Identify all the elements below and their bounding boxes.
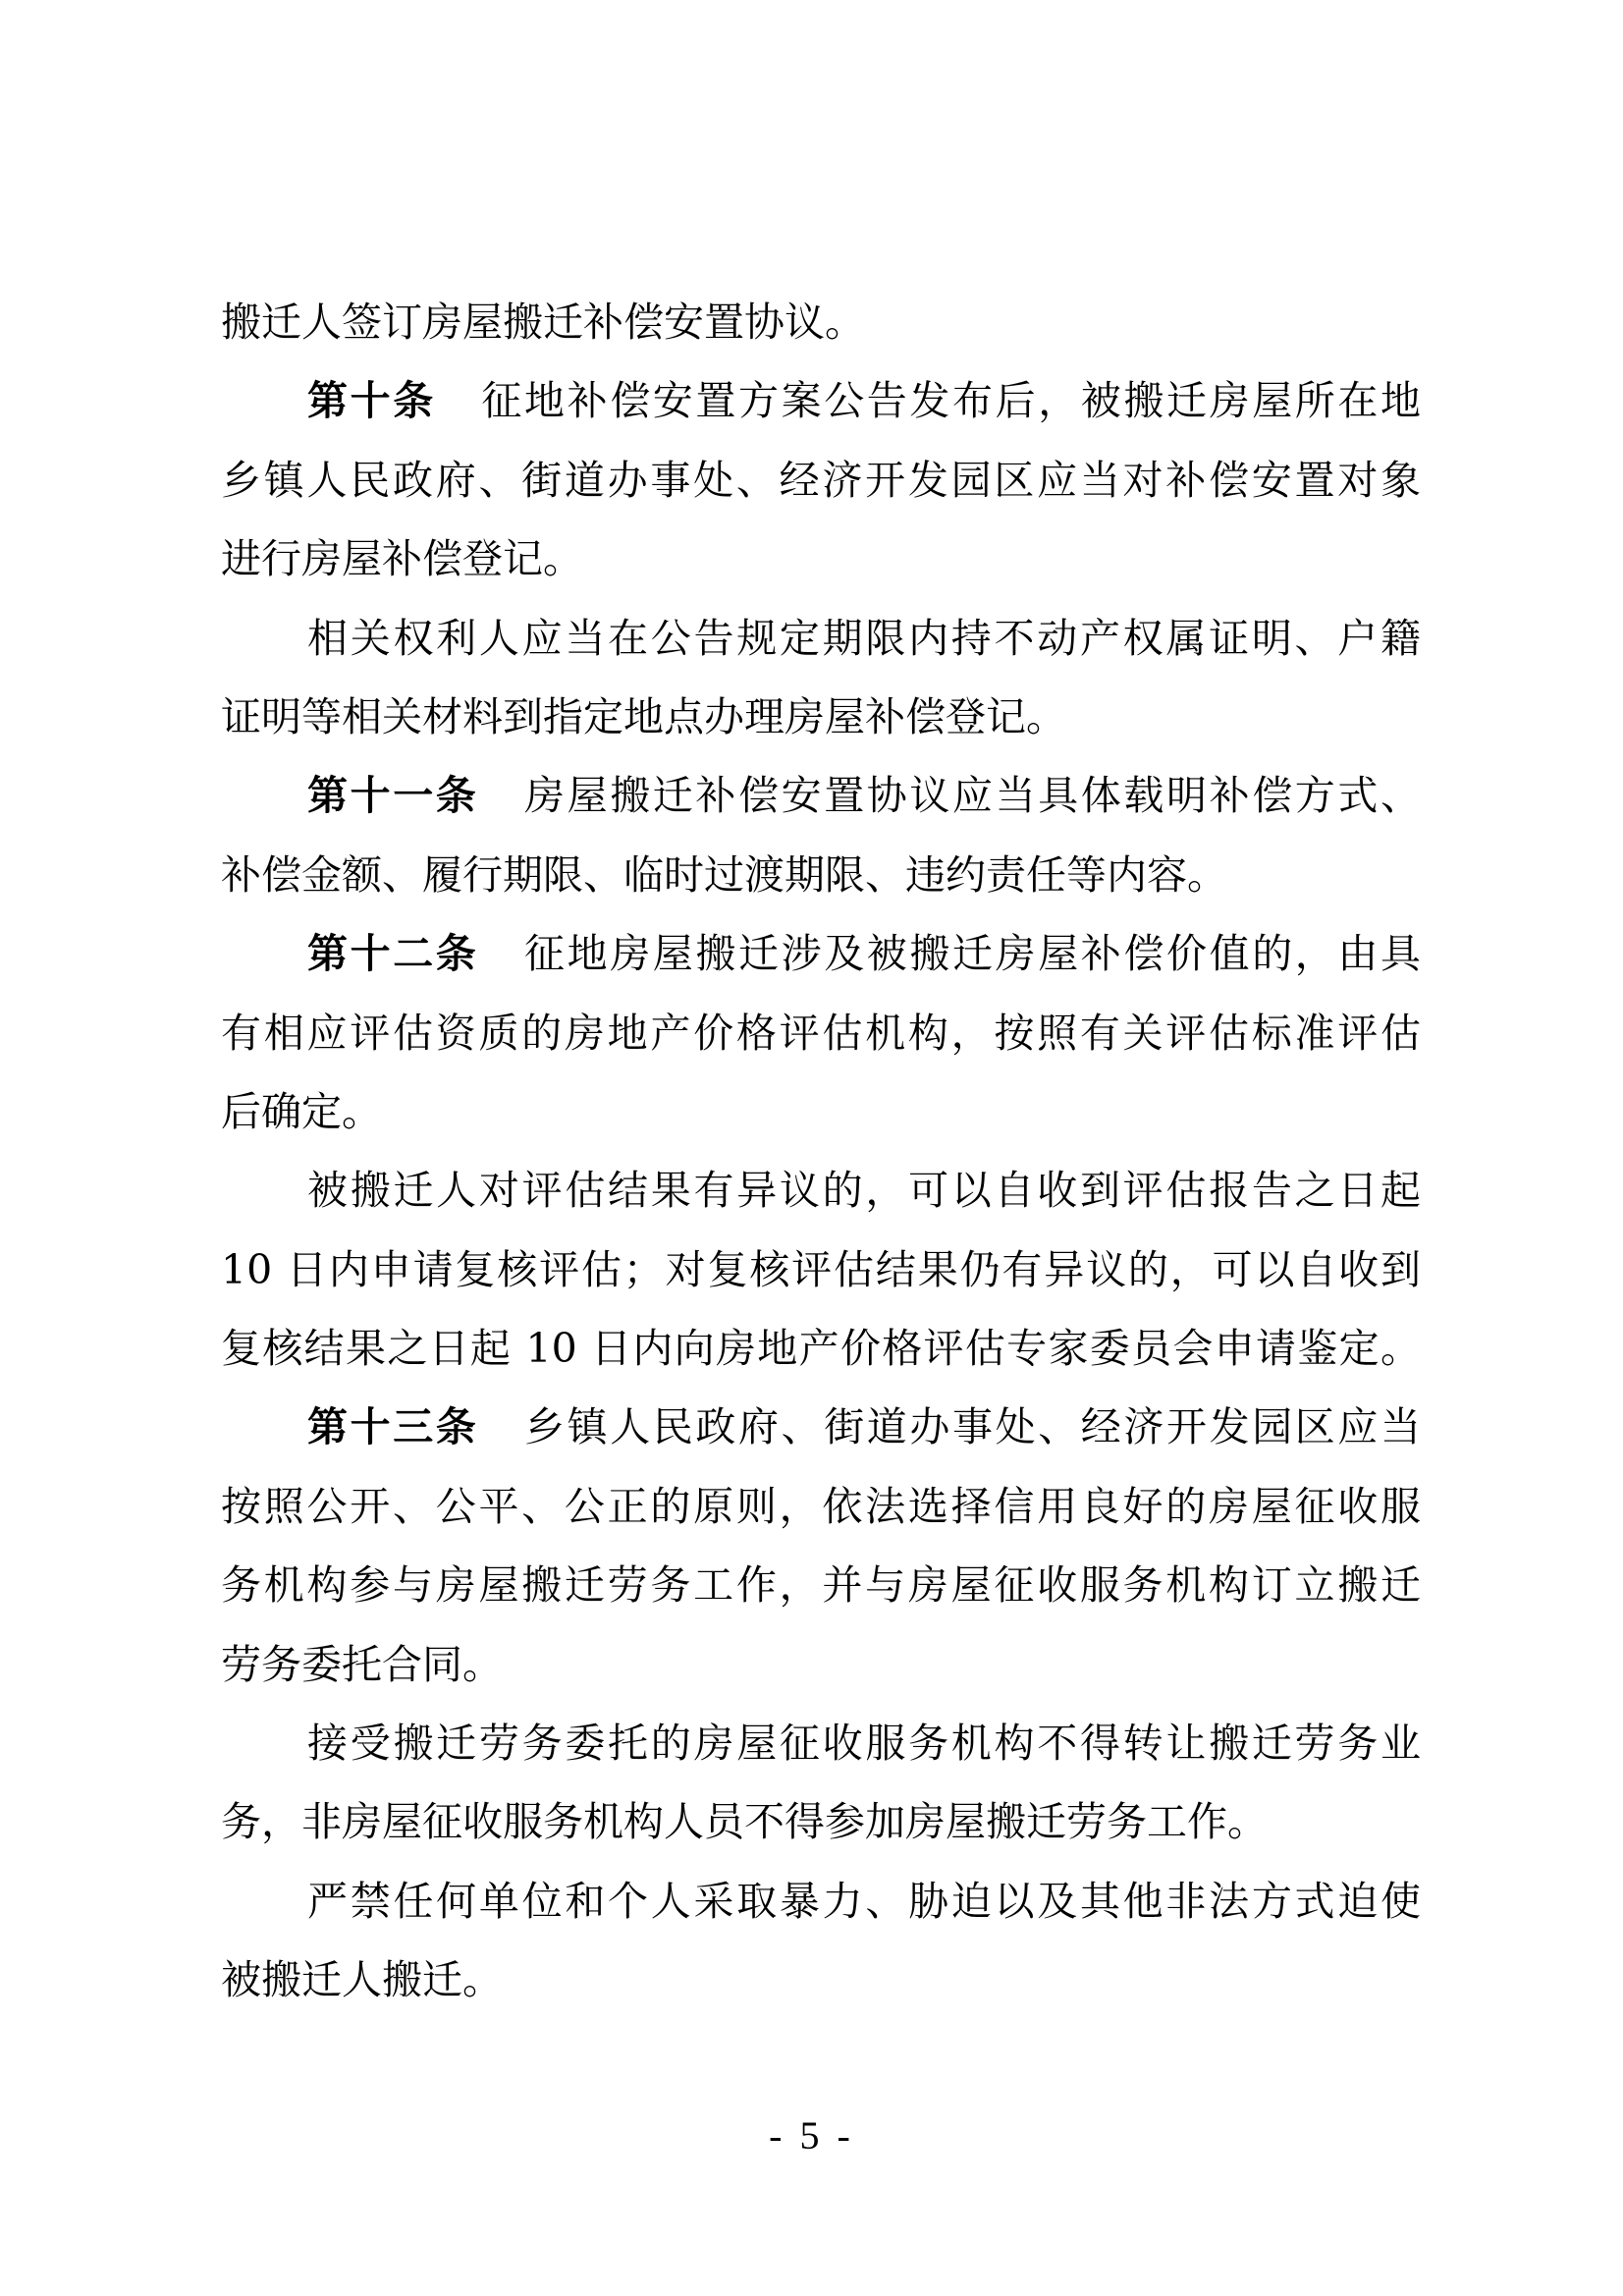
article-13-line: 第十三条乡镇人民政府、街道办事处、经济开发园区应当 — [221, 1388, 1421, 1466]
page-number: - 5 - — [0, 2111, 1623, 2160]
text-line: 乡镇人民政府、街道办事处、经济开发园区应当对补偿安置对象 — [221, 441, 1421, 519]
article-text: 征地房屋搬迁涉及被搬迁房屋补偿价值的，由具 — [521, 930, 1421, 977]
text-line: 证明等相关材料到指定地点办理房屋补偿登记。 — [221, 678, 1421, 756]
article-text: 房屋搬迁补偿安置协议应当具体载明补偿方式、 — [521, 772, 1421, 819]
text-line: 复核结果之日起 10 日内向房地产价格评估专家委员会申请鉴定。 — [221, 1309, 1421, 1388]
paragraph-start-line: 相关权利人应当在公告规定期限内持不动产权属证明、户籍 — [221, 599, 1421, 678]
text-line: 被搬迁人搬迁。 — [221, 1941, 1421, 2019]
paragraph-start-line: 被搬迁人对评估结果有异议的，可以自收到评估报告之日起 — [221, 1151, 1421, 1230]
text-line: 务，非房屋征收服务机构人员不得参加房屋搬迁劳务工作。 — [221, 1782, 1421, 1861]
text-line: 务机构参与房屋搬迁劳务工作，并与房屋征收服务机构订立搬迁 — [221, 1546, 1421, 1624]
text-line: 进行房屋补偿登记。 — [221, 519, 1421, 598]
paragraph-start-line: 接受搬迁劳务委托的房屋征收服务机构不得转让搬迁劳务业 — [221, 1704, 1421, 1782]
document-page: 搬迁人签订房屋搬迁补偿安置协议。 第十条征地补偿安置方案公告发布后，被搬迁房屋所… — [0, 0, 1623, 2296]
paragraph-start-line: 严禁任何单位和个人采取暴力、胁迫以及其他非法方式迫使 — [221, 1862, 1421, 1941]
text-line: 补偿金额、履行期限、临时过渡期限、违约责任等内容。 — [221, 836, 1421, 914]
article-text: 乡镇人民政府、街道办事处、经济开发园区应当 — [521, 1403, 1421, 1450]
article-11-line: 第十一条房屋搬迁补偿安置协议应当具体载明补偿方式、 — [221, 756, 1421, 835]
article-number: 第十条 — [307, 377, 436, 424]
text-line: 10 日内申请复核评估；对复核评估结果仍有异议的，可以自收到 — [221, 1230, 1421, 1309]
text-line: 劳务委托合同。 — [221, 1625, 1421, 1704]
article-number: 第十三条 — [307, 1403, 478, 1450]
article-text: 征地补偿安置方案公告发布后，被搬迁房屋所在地 — [479, 377, 1421, 424]
text-line: 有相应评估资质的房地产价格评估机构，按照有关评估标准评估 — [221, 994, 1421, 1072]
text-line: 后确定。 — [221, 1072, 1421, 1151]
article-number: 第十二条 — [307, 930, 478, 977]
article-12-line: 第十二条征地房屋搬迁涉及被搬迁房屋补偿价值的，由具 — [221, 914, 1421, 993]
text-line: 按照公开、公平、公正的原则，依法选择信用良好的房屋征收服 — [221, 1467, 1421, 1546]
article-10-line: 第十条征地补偿安置方案公告发布后，被搬迁房屋所在地 — [221, 361, 1421, 440]
text-line: 搬迁人签订房屋搬迁补偿安置协议。 — [221, 283, 1421, 361]
article-number: 第十一条 — [307, 772, 478, 819]
document-body: 搬迁人签订房屋搬迁补偿安置协议。 第十条征地补偿安置方案公告发布后，被搬迁房屋所… — [221, 283, 1421, 2020]
